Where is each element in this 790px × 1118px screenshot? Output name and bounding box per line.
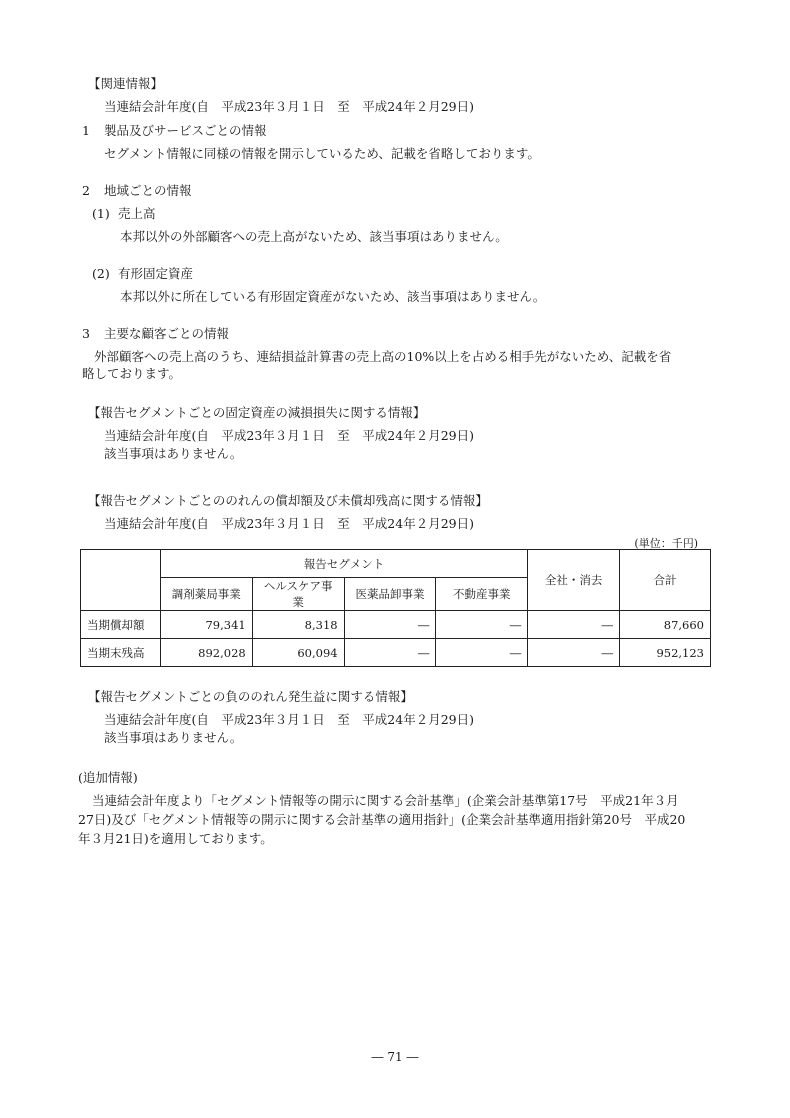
item-heading: 2地域ごとの情報	[82, 183, 192, 199]
table-cell: ―	[436, 639, 528, 667]
table-cell: 87,660	[620, 611, 711, 639]
goodwill-table: 報告セグメント 全社・消去 合計 調剤薬局事業 ヘルスケア事業 医薬品卸事業 不…	[80, 549, 711, 667]
total-header: 合計	[620, 550, 711, 611]
column-header: 調剤薬局事業	[160, 578, 252, 611]
section-heading: 【関連情報】	[88, 76, 163, 92]
corner-cell	[81, 550, 161, 611]
item-title: 地域ごとの情報	[104, 183, 192, 198]
row-label: 当期償却額	[81, 611, 161, 639]
corp-header: 全社・消去	[528, 550, 620, 611]
table-row: 当期償却額 79,341 8,318 ― ― ― 87,660	[81, 611, 711, 639]
period-text: 当連結会計年度(自 平成23年３月１日 至 平成24年２月29日)	[104, 516, 474, 532]
item-heading: 3主要な顧客ごとの情報	[82, 326, 229, 342]
subitem-number: (1)	[92, 206, 118, 222]
section-body: 該当事項はありません。	[104, 446, 242, 462]
page-number: ― 71 ―	[0, 1050, 790, 1064]
subitem-number: (2)	[92, 266, 118, 282]
subitem-body: 本邦以外に所在している有形固定資産がないため、該当事項はありません。	[120, 289, 545, 305]
section-heading: 【報告セグメントごとの負ののれん発生益に関する情報】	[88, 689, 413, 705]
section-body: 27日)及び「セグメント情報等の開示に関する会計基準の適用指針」(企業会計基準適…	[78, 812, 685, 828]
table-cell: ―	[528, 639, 620, 667]
column-header: 不動産事業	[436, 578, 528, 611]
subitem-title: 有形固定資産	[118, 266, 193, 281]
table-header-row: 報告セグメント 全社・消去 合計	[81, 550, 711, 578]
table-cell: 8,318	[252, 611, 344, 639]
table-cell: ―	[436, 611, 528, 639]
table-cell: 79,341	[160, 611, 252, 639]
item-number: 3	[82, 326, 104, 342]
table-cell: 60,094	[252, 639, 344, 667]
section-heading: (追加情報)	[78, 770, 138, 786]
period-text: 当連結会計年度(自 平成23年３月１日 至 平成24年２月29日)	[104, 712, 474, 728]
item-title: 主要な顧客ごとの情報	[104, 326, 229, 341]
item-number: 2	[82, 183, 104, 199]
column-header: ヘルスケア事業	[252, 578, 344, 611]
table-cell: 952,123	[620, 639, 711, 667]
table-cell: 892,028	[160, 639, 252, 667]
subitem-heading: (1)売上高	[92, 206, 156, 222]
section-body: 年３月21日)を適用しております。	[78, 831, 273, 847]
table-cell: ―	[344, 611, 436, 639]
section-body: 該当事項はありません。	[104, 730, 242, 746]
item-body: 外部顧客への売上高のうち、連結損益計算書の売上高の10%以上を占める相手先がない…	[94, 349, 671, 365]
row-label: 当期末残高	[81, 639, 161, 667]
section-heading: 【報告セグメントごとの固定資産の減損損失に関する情報】	[88, 405, 425, 421]
section-heading: 【報告セグメントごとののれんの償却額及び未償却残高に関する情報】	[88, 493, 488, 509]
section-body: 当連結会計年度より「セグメント情報等の開示に関する会計基準」(企業会計基準第17…	[92, 793, 679, 809]
item-body: セグメント情報に同様の情報を開示しているため、記載を省略しております。	[104, 146, 540, 162]
subitem-body: 本邦以外の外部顧客への売上高がないため、該当事項はありません。	[120, 229, 508, 245]
subitem-heading: (2)有形固定資産	[92, 266, 193, 282]
item-title: 製品及びサービスごとの情報	[104, 123, 267, 138]
table-row: 当期末残高 892,028 60,094 ― ― ― 952,123	[81, 639, 711, 667]
group-header: 報告セグメント	[160, 550, 527, 578]
period-text: 当連結会計年度(自 平成23年３月１日 至 平成24年２月29日)	[104, 99, 474, 115]
period-text: 当連結会計年度(自 平成23年３月１日 至 平成24年２月29日)	[104, 428, 474, 444]
item-body: 略しております。	[82, 366, 181, 382]
table-cell: ―	[344, 639, 436, 667]
column-header: 医薬品卸事業	[344, 578, 436, 611]
table-cell: ―	[528, 611, 620, 639]
subitem-title: 売上高	[118, 206, 156, 221]
item-number: 1	[82, 123, 104, 139]
item-heading: 1製品及びサービスごとの情報	[82, 123, 267, 139]
